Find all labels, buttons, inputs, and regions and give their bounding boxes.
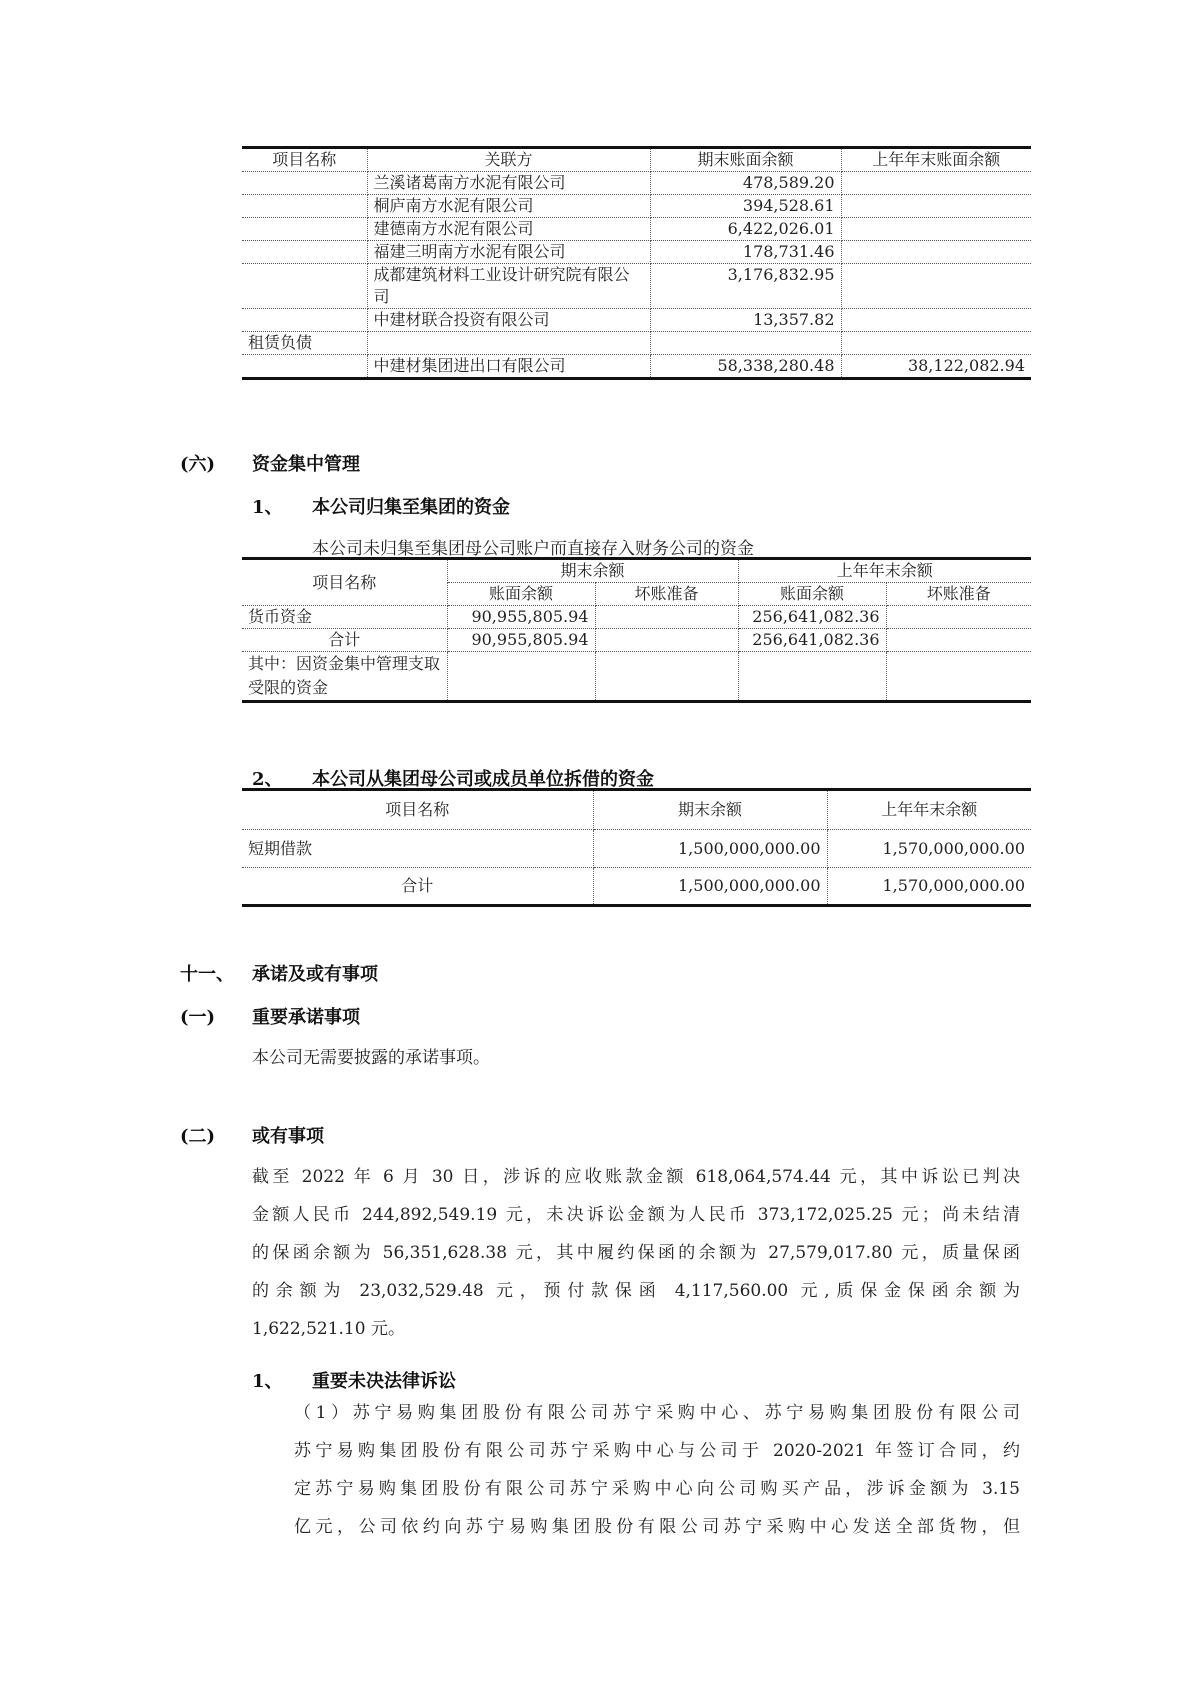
cell-end: 3,176,832.95 [650,264,841,309]
cell-item [242,241,367,264]
loans-table: 项目名称 期末余额 上年年末余额 短期借款 1,500,000,000.00 1… [242,788,1031,907]
header-prev-balance: 上年年末账面余额 [841,148,1031,172]
cell-item: 合计 [242,868,593,906]
funds-table: 项目名称 期末余额 上年年末余额 账面余额 坏账准备 账面余额 坏账准备 货币资… [242,557,1031,703]
cell-prev: 38,122,082.94 [841,355,1031,379]
header-party: 关联方 [367,148,650,172]
cell-end-bad [595,606,738,629]
paragraph-line: 定苏宁易购集团股份有限公司苏宁采购中心向公司购买产品，涉诉金额为 3.15 [294,1470,1020,1508]
cell-party: 中建材集团进出口有限公司 [367,355,650,379]
table-row: 中建材集团进出口有限公司 58,338,280.48 38,122,082.94 [242,355,1031,379]
section-11-number: 十一、 [180,960,234,986]
section-11-sub1-number: 1、 [252,1367,283,1393]
cell-prev [841,241,1031,264]
cell-end-book [447,652,595,702]
lawsuit-paragraph: （1）苏宁易购集团股份有限公司苏宁采购中心、苏宁易购集团股份有限公司 苏宁易购集… [294,1394,1020,1546]
table-row: 合计 1,500,000,000.00 1,570,000,000.00 [242,868,1031,906]
table-header-row: 项目名称 期末余额 上年年末余额 [242,559,1031,583]
header-end-bad: 坏账准备 [595,583,738,606]
header-prev-group: 上年年末余额 [738,559,1031,583]
cell-prev [841,309,1031,332]
paragraph-line: 1,622,521.10 元。 [252,1310,1020,1348]
header-end-book: 账面余额 [447,583,595,606]
cell-prev-book: 256,641,082.36 [738,606,886,629]
table-row: 短期借款 1,500,000,000.00 1,570,000,000.00 [242,830,1031,868]
cell-end-bad [595,629,738,652]
table-row: 福建三明南方水泥有限公司 178,731.46 [242,241,1031,264]
cell-item: 货币资金 [242,606,447,629]
section-11-part1-number: (一) [180,1003,215,1029]
header-item: 项目名称 [242,790,593,830]
header-end-balance: 期末账面余额 [650,148,841,172]
cell-item: 短期借款 [242,830,593,868]
cell-end: 58,338,280.48 [650,355,841,379]
cell-item [242,309,367,332]
cell-prev [841,195,1031,218]
table-header-row: 项目名称 期末余额 上年年末余额 [242,790,1031,830]
cell-prev-bad [886,629,1031,652]
cell-item [242,355,367,379]
cell-end-book: 90,955,805.94 [447,629,595,652]
cell-end: 1,500,000,000.00 [593,868,827,906]
cell-party: 成都建筑材料工业设计研究院有限公司 [367,264,650,309]
paragraph-line: 的余额为 23,032,529.48 元，预付款保函 4,117,560.00 … [252,1272,1020,1310]
related-party-table: 项目名称 关联方 期末账面余额 上年年末账面余额 兰溪诸葛南方水泥有限公司 47… [242,146,1031,380]
cell-party: 桐庐南方水泥有限公司 [367,195,650,218]
cell-end: 1,500,000,000.00 [593,830,827,868]
table-row: 货币资金 90,955,805.94 256,641,082.36 [242,606,1031,629]
header-prev: 上年年末余额 [827,790,1031,830]
cell-item [242,218,367,241]
table-row: 合计 90,955,805.94 256,641,082.36 [242,629,1031,652]
cell-end: 13,357.82 [650,309,841,332]
table-row: 建德南方水泥有限公司 6,422,026.01 [242,218,1031,241]
table-row: 中建材联合投资有限公司 13,357.82 [242,309,1031,332]
funds-table-caption: 本公司未归集至集团母公司账户而直接存入财务公司的资金 [312,534,754,559]
header-end-group: 期末余额 [447,559,738,583]
cell-prev: 1,570,000,000.00 [827,868,1031,906]
cell-end: 6,422,026.01 [650,218,841,241]
cell-end [650,332,841,355]
cell-prev [841,218,1031,241]
cell-prev [841,332,1031,355]
cell-party: 福建三明南方水泥有限公司 [367,241,650,264]
header-item: 项目名称 [242,559,447,606]
header-prev-book: 账面余额 [738,583,886,606]
cell-item [242,195,367,218]
table-row: 桐庐南方水泥有限公司 394,528.61 [242,195,1031,218]
section-6-number: (六) [180,450,215,476]
paragraph-line: 的保函余额为 56,351,628.38 元，其中履约保函的余额为 27,579… [252,1234,1020,1272]
cell-prev: 1,570,000,000.00 [827,830,1031,868]
cell-item: 合计 [242,629,447,652]
table-row: 租赁负债 [242,332,1031,355]
section-6-sub1-number: 1、 [252,493,283,519]
cell-item [242,172,367,195]
cell-end: 178,731.46 [650,241,841,264]
table-row: 兰溪诸葛南方水泥有限公司 478,589.20 [242,172,1031,195]
header-end: 期末余额 [593,790,827,830]
cell-party: 中建材联合投资有限公司 [367,309,650,332]
header-item: 项目名称 [242,148,367,172]
section-11-title: 承诺及或有事项 [252,960,378,986]
paragraph-line: 截至 2022 年 6 月 30 日，涉诉的应收账款金额 618,064,574… [252,1158,1020,1196]
cell-prev-book [738,652,886,702]
cell-end-bad [595,652,738,702]
cell-prev [841,264,1031,309]
table-row: 成都建筑材料工业设计研究院有限公司 3,176,832.95 [242,264,1031,309]
cell-item [242,264,367,309]
cell-prev [841,172,1031,195]
cell-item: 其中：因资金集中管理支取受限的资金 [242,652,447,702]
table-header-row: 项目名称 关联方 期末账面余额 上年年末账面余额 [242,148,1031,172]
cell-end: 394,528.61 [650,195,841,218]
cell-party: 兰溪诸葛南方水泥有限公司 [367,172,650,195]
paragraph-line: 金额人民币 244,892,549.19 元，未决诉讼金额为人民币 373,17… [252,1196,1020,1234]
section-11-sub1-title: 重要未决法律诉讼 [312,1367,456,1393]
cell-end-book: 90,955,805.94 [447,606,595,629]
cell-party [367,332,650,355]
paragraph-line: 亿元，公司依约向苏宁易购集团股份有限公司苏宁采购中心发送全部货物，但 [294,1508,1020,1546]
section-11-part2-number: (二) [180,1122,215,1148]
cell-party: 建德南方水泥有限公司 [367,218,650,241]
header-prev-bad: 坏账准备 [886,583,1031,606]
paragraph-line: （1）苏宁易购集团股份有限公司苏宁采购中心、苏宁易购集团股份有限公司 [294,1394,1020,1432]
cell-prev-bad [886,652,1031,702]
section-11-part1-title: 重要承诺事项 [252,1003,360,1029]
contingencies-paragraph: 截至 2022 年 6 月 30 日，涉诉的应收账款金额 618,064,574… [252,1158,1020,1348]
section-11-part2-title: 或有事项 [252,1122,324,1148]
cell-end: 478,589.20 [650,172,841,195]
cell-prev-book: 256,641,082.36 [738,629,886,652]
section-6-sub1-title: 本公司归集至集团的资金 [312,493,510,519]
section-6-title: 资金集中管理 [252,450,360,476]
table-row: 其中：因资金集中管理支取受限的资金 [242,652,1031,702]
commitments-text: 本公司无需要披露的承诺事项。 [252,1043,490,1068]
cell-prev-bad [886,606,1031,629]
paragraph-line: 苏宁易购集团股份有限公司苏宁采购中心与公司于 2020-2021 年签订合同，约 [294,1432,1020,1470]
cell-item: 租赁负债 [242,332,367,355]
